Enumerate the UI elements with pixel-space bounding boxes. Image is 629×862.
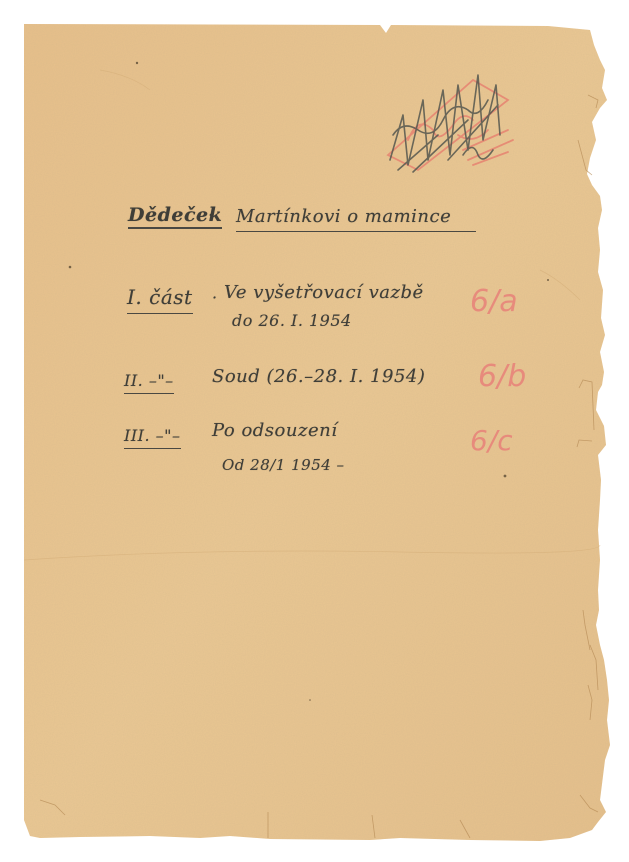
section-reference: 6/b [478, 359, 526, 394]
section-numeral: II. –"– [124, 371, 174, 394]
scribbled-corner-mark [378, 60, 528, 185]
title-separator: · [208, 205, 214, 226]
section-numeral: I. část [127, 285, 193, 314]
section-title: Soud (26.–28. I. 1954) [212, 366, 425, 387]
section-separator: · [212, 288, 218, 307]
section-dates: do 26. I. 1954 [232, 311, 352, 330]
section-title: Po odsouzení [212, 420, 337, 441]
title-subject: Martínkovi o mamince [236, 206, 476, 232]
section-dates: Od 28/1 1954 – [222, 456, 345, 474]
section-reference: 6/a [470, 284, 518, 319]
section-reference: 6/c [470, 424, 513, 457]
section-numeral: III. –"– [124, 426, 181, 449]
section-title: Ve vyšetřovací vazbě [224, 282, 424, 303]
